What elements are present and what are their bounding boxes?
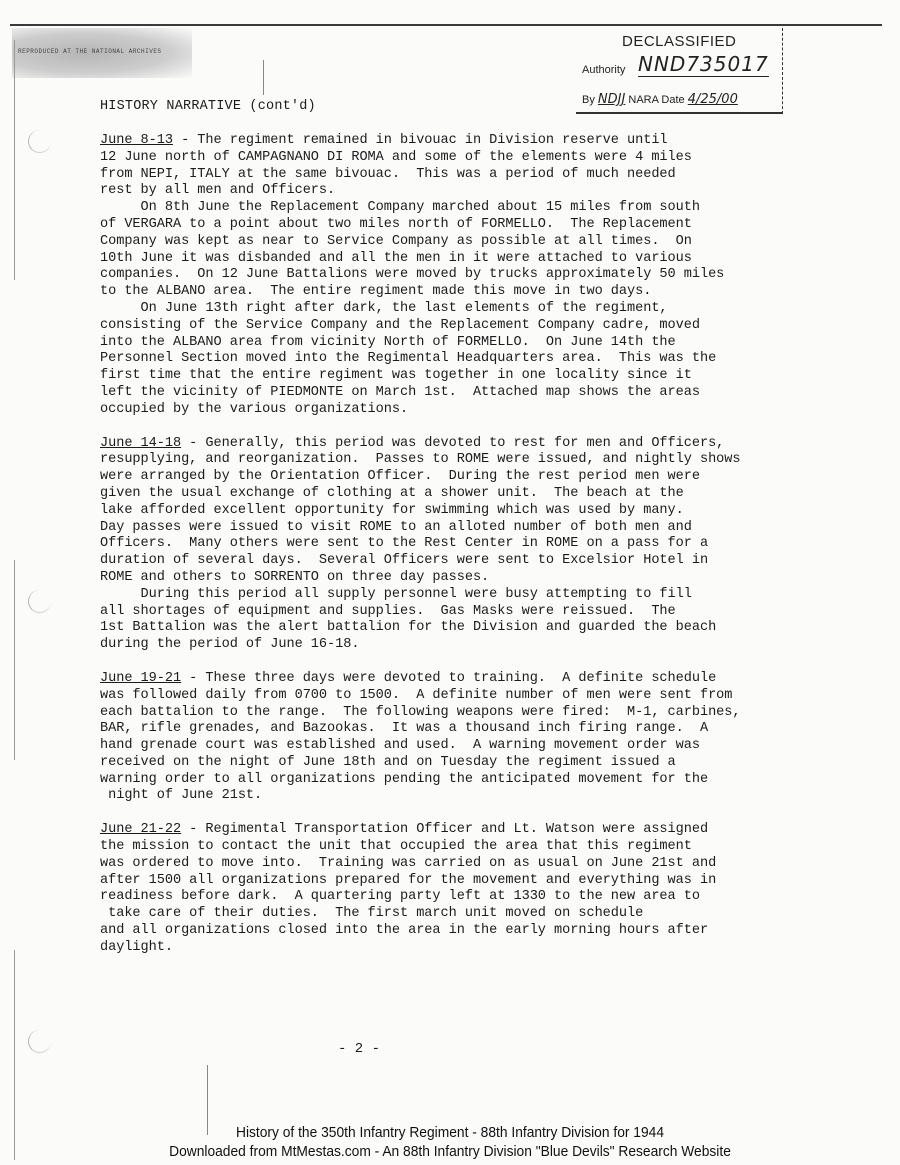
narrative-line: daylight. <box>100 940 800 957</box>
narrative-line: Personnel Section moved into the Regimen… <box>100 351 800 368</box>
narrative-line: 1st Battalion was the alert battalion fo… <box>100 620 800 637</box>
narrative-line: resupplying, and reorganization. Passes … <box>100 452 800 469</box>
margin-line <box>14 560 15 760</box>
margin-line <box>14 40 15 280</box>
narrative-line: On 8th June the Replacement Company marc… <box>100 200 800 217</box>
narrative-line: after 1500 all organizations prepared fo… <box>100 873 800 890</box>
narrative-line: June 21-22 - Regimental Transportation O… <box>100 822 800 839</box>
narrative-line: received on the night of June 18th and o… <box>100 755 800 772</box>
narrative-body: June 8-13 - The regiment remained in biv… <box>100 133 800 974</box>
narrative-line: from NEPI, ITALY at the same bivouac. Th… <box>100 167 800 184</box>
archive-smudge-text: REPRODUCED AT THE NATIONAL ARCHIVES <box>18 48 162 55</box>
section-line-text: - These three days were devoted to train… <box>181 671 716 686</box>
narrative-line: was ordered to move into. Training was c… <box>100 856 800 873</box>
narrative-section: June 14-18 - Generally, this period was … <box>100 436 800 654</box>
margin-line <box>14 950 15 1160</box>
narrative-line: to the ALBANO area. The entire regiment … <box>100 284 800 301</box>
document-title: HISTORY NARRATIVE (cont'd) <box>100 99 316 114</box>
narrative-line: companies. On 12 June Battalions were mo… <box>100 267 800 284</box>
narrative-line: lake afforded excellent opportunity for … <box>100 503 800 520</box>
stamp-authority-label: Authority <box>582 64 625 76</box>
page-number: - 2 - <box>338 1041 380 1057</box>
stamp-agency: NARA <box>628 94 658 106</box>
narrative-line: and all organizations closed into the ar… <box>100 923 800 940</box>
punch-hole-mark <box>28 1030 51 1053</box>
narrative-line: each battalion to the range. The followi… <box>100 705 800 722</box>
punch-hole-mark <box>28 590 51 613</box>
narrative-line: occupied by the various organizations. <box>100 402 800 419</box>
stamp-authority-value: NND735017 <box>638 52 769 77</box>
section-line-text: - The regiment remained in bivouac in Di… <box>173 133 668 148</box>
narrative-line: 12 June north of CAMPAGNANO DI ROMA and … <box>100 150 800 167</box>
narrative-line: BAR, rifle grenades, and Bazookas. It wa… <box>100 721 800 738</box>
narrative-line: left the vicinity of PIEDMONTE on March … <box>100 385 800 402</box>
stamp-by-value: NDJJ <box>598 92 625 107</box>
section-line-text: - Regimental Transportation Officer and … <box>181 822 708 837</box>
narrative-line: night of June 21st. <box>100 788 800 805</box>
narrative-line: 10th June it was disbanded and all the m… <box>100 251 800 268</box>
narrative-line: warning order to all organizations pendi… <box>100 772 800 789</box>
narrative-line: consisting of the Service Company and th… <box>100 318 800 335</box>
narrative-section: June 19-21 - These three days were devot… <box>100 671 800 805</box>
narrative-line: Company was kept as near to Service Comp… <box>100 234 800 251</box>
narrative-line: were arranged by the Orientation Officer… <box>100 469 800 486</box>
narrative-line: June 14-18 - Generally, this period was … <box>100 436 800 453</box>
declassified-stamp: DECLASSIFIED Authority NND735017 By NDJJ… <box>576 28 783 114</box>
narrative-line: June 8-13 - The regiment remained in biv… <box>100 133 800 150</box>
narrative-line: On June 13th right after dark, the last … <box>100 301 800 318</box>
narrative-line: given the usual exchange of clothing at … <box>100 486 800 503</box>
narrative-line: was followed daily from 0700 to 1500. A … <box>100 688 800 705</box>
narrative-line: June 19-21 - These three days were devot… <box>100 671 800 688</box>
narrative-line: hand grenade court was established and u… <box>100 738 800 755</box>
section-date-label: June 21-22 <box>100 822 181 837</box>
stamp-title: DECLASSIFIED <box>622 33 736 50</box>
narrative-line: rest by all men and Officers. <box>100 183 800 200</box>
stamp-by-line: By NDJJ NARA Date 4/25/00 <box>582 92 738 107</box>
section-line-text: - Generally, this period was devoted to … <box>181 436 724 451</box>
narrative-line: ROME and others to SORRENTO on three day… <box>100 570 800 587</box>
narrative-line: during the period of June 16-18. <box>100 637 800 654</box>
section-date-label: June 19-21 <box>100 671 181 686</box>
footer-line-2: Downloaded from MtMestas.com - An 88th I… <box>36 1143 864 1160</box>
narrative-section: June 21-22 - Regimental Transportation O… <box>100 822 800 956</box>
narrative-line: first time that the entire regiment was … <box>100 368 800 385</box>
narrative-section: June 8-13 - The regiment remained in biv… <box>100 133 800 419</box>
stamp-date-value: 4/25/00 <box>688 92 738 107</box>
narrative-line: During this period all supply personnel … <box>100 587 800 604</box>
narrative-line: Day passes were issued to visit ROME to … <box>100 520 800 537</box>
narrative-line: into the ALBANO area from vicinity North… <box>100 335 800 352</box>
footer-line-1: History of the 350th Infantry Regiment -… <box>36 1124 864 1141</box>
narrative-line: duration of several days. Several Office… <box>100 553 800 570</box>
section-date-label: June 8-13 <box>100 133 173 148</box>
scan-mark <box>263 60 264 95</box>
stamp-date-label: Date <box>661 94 684 106</box>
narrative-line: Officers. Many others were sent to the R… <box>100 536 800 553</box>
top-rule <box>10 24 882 26</box>
narrative-line: the mission to contact the unit that occ… <box>100 839 800 856</box>
narrative-line: take care of their duties. The first mar… <box>100 906 800 923</box>
section-date-label: June 14-18 <box>100 436 181 451</box>
narrative-line: of VERGARA to a point about two miles no… <box>100 217 800 234</box>
stamp-by-label: By <box>582 94 595 106</box>
punch-hole-mark <box>28 130 51 153</box>
narrative-line: readiness before dark. A quartering part… <box>100 889 800 906</box>
narrative-line: all shortages of equipment and supplies.… <box>100 604 800 621</box>
